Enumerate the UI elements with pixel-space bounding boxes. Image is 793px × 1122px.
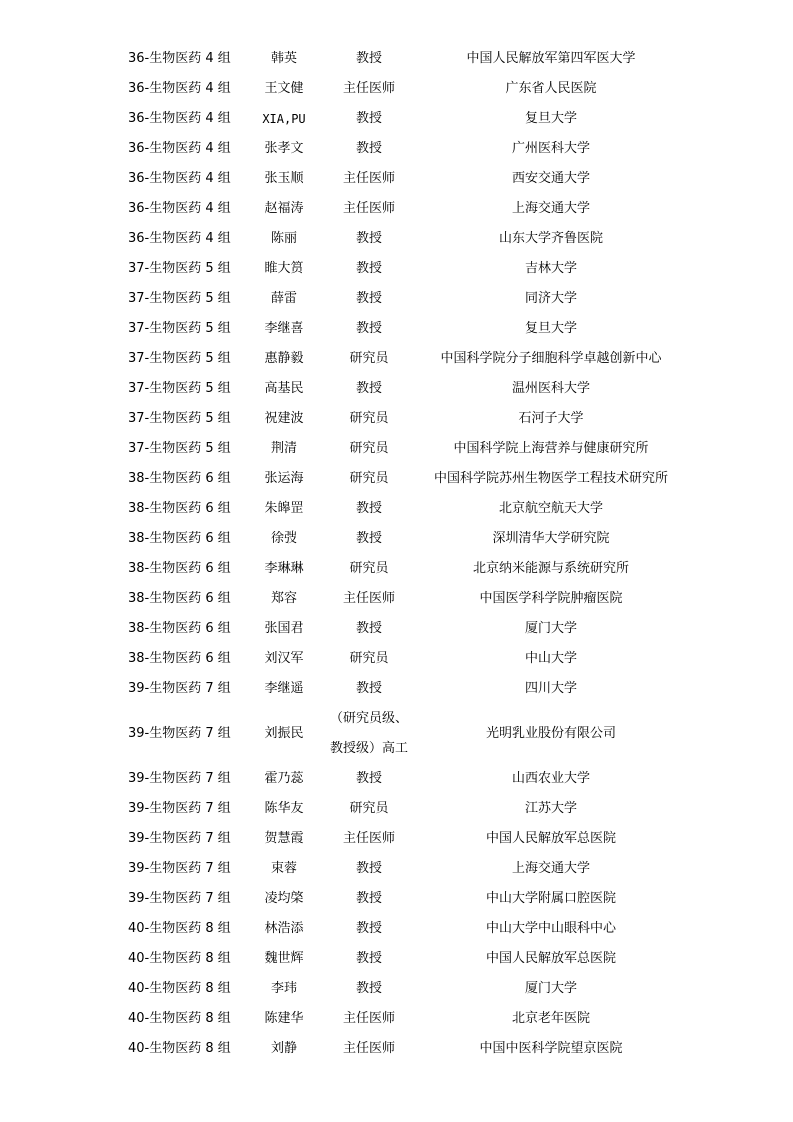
table-row: 39-生物医药 7 组霍乃蕊教授山西农业大学 bbox=[118, 764, 688, 794]
table-row: 37-生物医药 5 组睢大筼教授吉林大学 bbox=[118, 254, 688, 284]
organization-cell: 山西农业大学 bbox=[414, 764, 688, 794]
organization-cell: 中国科学院苏州生物医学工程技术研究所 bbox=[414, 464, 688, 494]
group-cell: 37-生物医药 5 组 bbox=[118, 374, 244, 404]
expert-list-page: 36-生物医药 4 组韩英教授中国人民解放军第四军医大学36-生物医药 4 组王… bbox=[118, 44, 688, 1064]
group-cell: 39-生物医药 7 组 bbox=[118, 854, 244, 884]
organization-cell: 四川大学 bbox=[414, 674, 688, 704]
title-cell: 教授 bbox=[324, 854, 414, 884]
title-cell: 教授 bbox=[324, 764, 414, 794]
organization-cell: 中国中医科学院望京医院 bbox=[414, 1034, 688, 1064]
name-cell: 贺慧霞 bbox=[244, 824, 324, 854]
table-row: 38-生物医药 6 组朱皞罡教授北京航空航天大学 bbox=[118, 494, 688, 524]
table-row: 40-生物医药 8 组陈建华主任医师北京老年医院 bbox=[118, 1004, 688, 1034]
title-cell: 主任医师 bbox=[324, 1004, 414, 1034]
group-cell: 36-生物医药 4 组 bbox=[118, 74, 244, 104]
title-cell: 研究员 bbox=[324, 434, 414, 464]
group-cell: 37-生物医药 5 组 bbox=[118, 434, 244, 464]
table-row: 37-生物医药 5 组高基民教授温州医科大学 bbox=[118, 374, 688, 404]
group-cell: 39-生物医药 7 组 bbox=[118, 824, 244, 854]
organization-cell: 山东大学齐鲁医院 bbox=[414, 224, 688, 254]
organization-cell: 广州医科大学 bbox=[414, 134, 688, 164]
table-row: 37-生物医药 5 组惠静毅研究员中国科学院分子细胞科学卓越创新中心 bbox=[118, 344, 688, 374]
name-cell: 王文健 bbox=[244, 74, 324, 104]
organization-cell: 厦门大学 bbox=[414, 974, 688, 1004]
organization-cell: 中国人民解放军总医院 bbox=[414, 944, 688, 974]
name-cell: 张孝文 bbox=[244, 134, 324, 164]
organization-cell: 中国医学科学院肿瘤医院 bbox=[414, 584, 688, 614]
name-cell: 韩英 bbox=[244, 44, 324, 74]
name-cell: 朱皞罡 bbox=[244, 494, 324, 524]
group-cell: 38-生物医药 6 组 bbox=[118, 524, 244, 554]
table-row: 39-生物医药 7 组刘振民（研究员级、教授级）高工光明乳业股份有限公司 bbox=[118, 704, 688, 764]
title-cell: 主任医师 bbox=[324, 584, 414, 614]
name-cell: 刘静 bbox=[244, 1034, 324, 1064]
table-row: 40-生物医药 8 组李玮教授厦门大学 bbox=[118, 974, 688, 1004]
table-row: 40-生物医药 8 组林浩添教授中山大学中山眼科中心 bbox=[118, 914, 688, 944]
title-cell: 主任医师 bbox=[324, 74, 414, 104]
group-cell: 40-生物医药 8 组 bbox=[118, 1004, 244, 1034]
group-cell: 36-生物医药 4 组 bbox=[118, 44, 244, 74]
organization-cell: 深圳清华大学研究院 bbox=[414, 524, 688, 554]
group-cell: 37-生物医药 5 组 bbox=[118, 344, 244, 374]
name-cell: 赵福涛 bbox=[244, 194, 324, 224]
name-cell: 徐弢 bbox=[244, 524, 324, 554]
organization-cell: 上海交通大学 bbox=[414, 854, 688, 884]
title-cell: 教授 bbox=[324, 314, 414, 344]
name-cell: 陈丽 bbox=[244, 224, 324, 254]
table-row: 36-生物医药 4 组XIA,PU教授复旦大学 bbox=[118, 104, 688, 134]
group-cell: 36-生物医药 4 组 bbox=[118, 104, 244, 134]
organization-cell: 中国人民解放军总医院 bbox=[414, 824, 688, 854]
table-row: 38-生物医药 6 组刘汉军研究员中山大学 bbox=[118, 644, 688, 674]
table-row: 36-生物医药 4 组张玉顺主任医师西安交通大学 bbox=[118, 164, 688, 194]
table-row: 40-生物医药 8 组魏世辉教授中国人民解放军总医院 bbox=[118, 944, 688, 974]
table-row: 37-生物医药 5 组荆清研究员中国科学院上海营养与健康研究所 bbox=[118, 434, 688, 464]
name-cell: 祝建波 bbox=[244, 404, 324, 434]
group-cell: 39-生物医药 7 组 bbox=[118, 704, 244, 764]
name-cell: 睢大筼 bbox=[244, 254, 324, 284]
group-cell: 38-生物医药 6 组 bbox=[118, 584, 244, 614]
name-cell: 霍乃蕊 bbox=[244, 764, 324, 794]
name-cell: 凌均棨 bbox=[244, 884, 324, 914]
table-row: 37-生物医药 5 组薛雷教授同济大学 bbox=[118, 284, 688, 314]
name-cell: 张玉顺 bbox=[244, 164, 324, 194]
table-row: 40-生物医药 8 组刘静主任医师中国中医科学院望京医院 bbox=[118, 1034, 688, 1064]
title-cell: 研究员 bbox=[324, 404, 414, 434]
organization-cell: 中山大学 bbox=[414, 644, 688, 674]
table-row: 39-生物医药 7 组束蓉教授上海交通大学 bbox=[118, 854, 688, 884]
organization-cell: 厦门大学 bbox=[414, 614, 688, 644]
group-cell: 40-生物医药 8 组 bbox=[118, 914, 244, 944]
title-cell: 教授 bbox=[324, 104, 414, 134]
table-row: 39-生物医药 7 组贺慧霞主任医师中国人民解放军总医院 bbox=[118, 824, 688, 854]
organization-cell: 北京纳米能源与系统研究所 bbox=[414, 554, 688, 584]
table-row: 36-生物医药 4 组王文健主任医师广东省人民医院 bbox=[118, 74, 688, 104]
title-cell: 主任医师 bbox=[324, 1034, 414, 1064]
organization-cell: 上海交通大学 bbox=[414, 194, 688, 224]
group-cell: 36-生物医药 4 组 bbox=[118, 194, 244, 224]
title-cell: 研究员 bbox=[324, 464, 414, 494]
organization-cell: 广东省人民医院 bbox=[414, 74, 688, 104]
name-cell: 荆清 bbox=[244, 434, 324, 464]
organization-cell: 中山大学附属口腔医院 bbox=[414, 884, 688, 914]
table-row: 39-生物医药 7 组凌均棨教授中山大学附属口腔医院 bbox=[118, 884, 688, 914]
title-cell: 教授 bbox=[324, 494, 414, 524]
title-cell: 教授 bbox=[324, 254, 414, 284]
group-cell: 38-生物医药 6 组 bbox=[118, 464, 244, 494]
expert-table: 36-生物医药 4 组韩英教授中国人民解放军第四军医大学36-生物医药 4 组王… bbox=[118, 44, 688, 1064]
title-cell: 研究员 bbox=[324, 794, 414, 824]
table-row: 39-生物医药 7 组陈华友研究员江苏大学 bbox=[118, 794, 688, 824]
title-cell: 主任医师 bbox=[324, 824, 414, 854]
group-cell: 38-生物医药 6 组 bbox=[118, 554, 244, 584]
group-cell: 40-生物医药 8 组 bbox=[118, 1034, 244, 1064]
table-row: 37-生物医药 5 组祝建波研究员石河子大学 bbox=[118, 404, 688, 434]
name-cell: 李继遥 bbox=[244, 674, 324, 704]
name-cell: 陈华友 bbox=[244, 794, 324, 824]
table-row: 36-生物医药 4 组陈丽教授山东大学齐鲁医院 bbox=[118, 224, 688, 254]
title-cell: 研究员 bbox=[324, 344, 414, 374]
table-row: 38-生物医药 6 组郑容主任医师中国医学科学院肿瘤医院 bbox=[118, 584, 688, 614]
title-cell: （研究员级、教授级）高工 bbox=[324, 704, 414, 764]
organization-cell: 中山大学中山眼科中心 bbox=[414, 914, 688, 944]
organization-cell: 西安交通大学 bbox=[414, 164, 688, 194]
title-cell: 教授 bbox=[324, 674, 414, 704]
name-cell: XIA,PU bbox=[244, 104, 324, 134]
group-cell: 40-生物医药 8 组 bbox=[118, 974, 244, 1004]
organization-cell: 复旦大学 bbox=[414, 314, 688, 344]
organization-cell: 同济大学 bbox=[414, 284, 688, 314]
title-cell: 主任医师 bbox=[324, 194, 414, 224]
table-row: 38-生物医药 6 组张运海研究员中国科学院苏州生物医学工程技术研究所 bbox=[118, 464, 688, 494]
table-row: 38-生物医药 6 组张国君教授厦门大学 bbox=[118, 614, 688, 644]
name-cell: 高基民 bbox=[244, 374, 324, 404]
organization-cell: 吉林大学 bbox=[414, 254, 688, 284]
organization-cell: 中国科学院上海营养与健康研究所 bbox=[414, 434, 688, 464]
group-cell: 38-生物医药 6 组 bbox=[118, 614, 244, 644]
group-cell: 40-生物医药 8 组 bbox=[118, 944, 244, 974]
name-cell: 陈建华 bbox=[244, 1004, 324, 1034]
name-cell: 李继喜 bbox=[244, 314, 324, 344]
table-row: 38-生物医药 6 组李琳琳研究员北京纳米能源与系统研究所 bbox=[118, 554, 688, 584]
table-row: 36-生物医药 4 组赵福涛主任医师上海交通大学 bbox=[118, 194, 688, 224]
name-cell: 张运海 bbox=[244, 464, 324, 494]
table-row: 36-生物医药 4 组韩英教授中国人民解放军第四军医大学 bbox=[118, 44, 688, 74]
organization-cell: 中国科学院分子细胞科学卓越创新中心 bbox=[414, 344, 688, 374]
title-cell: 教授 bbox=[324, 224, 414, 254]
organization-cell: 北京航空航天大学 bbox=[414, 494, 688, 524]
group-cell: 39-生物医药 7 组 bbox=[118, 674, 244, 704]
title-cell: 研究员 bbox=[324, 644, 414, 674]
organization-cell: 石河子大学 bbox=[414, 404, 688, 434]
name-cell: 林浩添 bbox=[244, 914, 324, 944]
title-cell: 教授 bbox=[324, 524, 414, 554]
group-cell: 38-生物医药 6 组 bbox=[118, 494, 244, 524]
name-cell: 薛雷 bbox=[244, 284, 324, 314]
group-cell: 37-生物医药 5 组 bbox=[118, 314, 244, 344]
title-cell: 教授 bbox=[324, 884, 414, 914]
table-row: 38-生物医药 6 组徐弢教授深圳清华大学研究院 bbox=[118, 524, 688, 554]
table-row: 36-生物医药 4 组张孝文教授广州医科大学 bbox=[118, 134, 688, 164]
group-cell: 36-生物医药 4 组 bbox=[118, 224, 244, 254]
group-cell: 39-生物医药 7 组 bbox=[118, 884, 244, 914]
table-row: 37-生物医药 5 组李继喜教授复旦大学 bbox=[118, 314, 688, 344]
organization-cell: 江苏大学 bbox=[414, 794, 688, 824]
name-cell: 郑容 bbox=[244, 584, 324, 614]
title-cell: 教授 bbox=[324, 614, 414, 644]
group-cell: 39-生物医药 7 组 bbox=[118, 764, 244, 794]
name-cell: 张国君 bbox=[244, 614, 324, 644]
name-cell: 魏世辉 bbox=[244, 944, 324, 974]
group-cell: 37-生物医药 5 组 bbox=[118, 284, 244, 314]
title-cell: 教授 bbox=[324, 374, 414, 404]
name-cell: 惠静毅 bbox=[244, 344, 324, 374]
group-cell: 37-生物医药 5 组 bbox=[118, 404, 244, 434]
name-cell: 束蓉 bbox=[244, 854, 324, 884]
title-cell: 教授 bbox=[324, 944, 414, 974]
expert-table-body: 36-生物医药 4 组韩英教授中国人民解放军第四军医大学36-生物医药 4 组王… bbox=[118, 44, 688, 1064]
group-cell: 39-生物医药 7 组 bbox=[118, 794, 244, 824]
group-cell: 37-生物医药 5 组 bbox=[118, 254, 244, 284]
title-cell: 主任医师 bbox=[324, 164, 414, 194]
title-cell: 教授 bbox=[324, 974, 414, 1004]
name-cell: 刘汉军 bbox=[244, 644, 324, 674]
title-cell: 教授 bbox=[324, 914, 414, 944]
organization-cell: 中国人民解放军第四军医大学 bbox=[414, 44, 688, 74]
table-row: 39-生物医药 7 组李继遥教授四川大学 bbox=[118, 674, 688, 704]
title-cell: 教授 bbox=[324, 284, 414, 314]
name-cell: 李玮 bbox=[244, 974, 324, 1004]
name-cell: 刘振民 bbox=[244, 704, 324, 764]
title-cell: 研究员 bbox=[324, 554, 414, 584]
organization-cell: 复旦大学 bbox=[414, 104, 688, 134]
name-cell: 李琳琳 bbox=[244, 554, 324, 584]
organization-cell: 北京老年医院 bbox=[414, 1004, 688, 1034]
group-cell: 36-生物医药 4 组 bbox=[118, 164, 244, 194]
title-cell: 教授 bbox=[324, 44, 414, 74]
group-cell: 38-生物医药 6 组 bbox=[118, 644, 244, 674]
organization-cell: 光明乳业股份有限公司 bbox=[414, 704, 688, 764]
organization-cell: 温州医科大学 bbox=[414, 374, 688, 404]
group-cell: 36-生物医药 4 组 bbox=[118, 134, 244, 164]
title-cell: 教授 bbox=[324, 134, 414, 164]
